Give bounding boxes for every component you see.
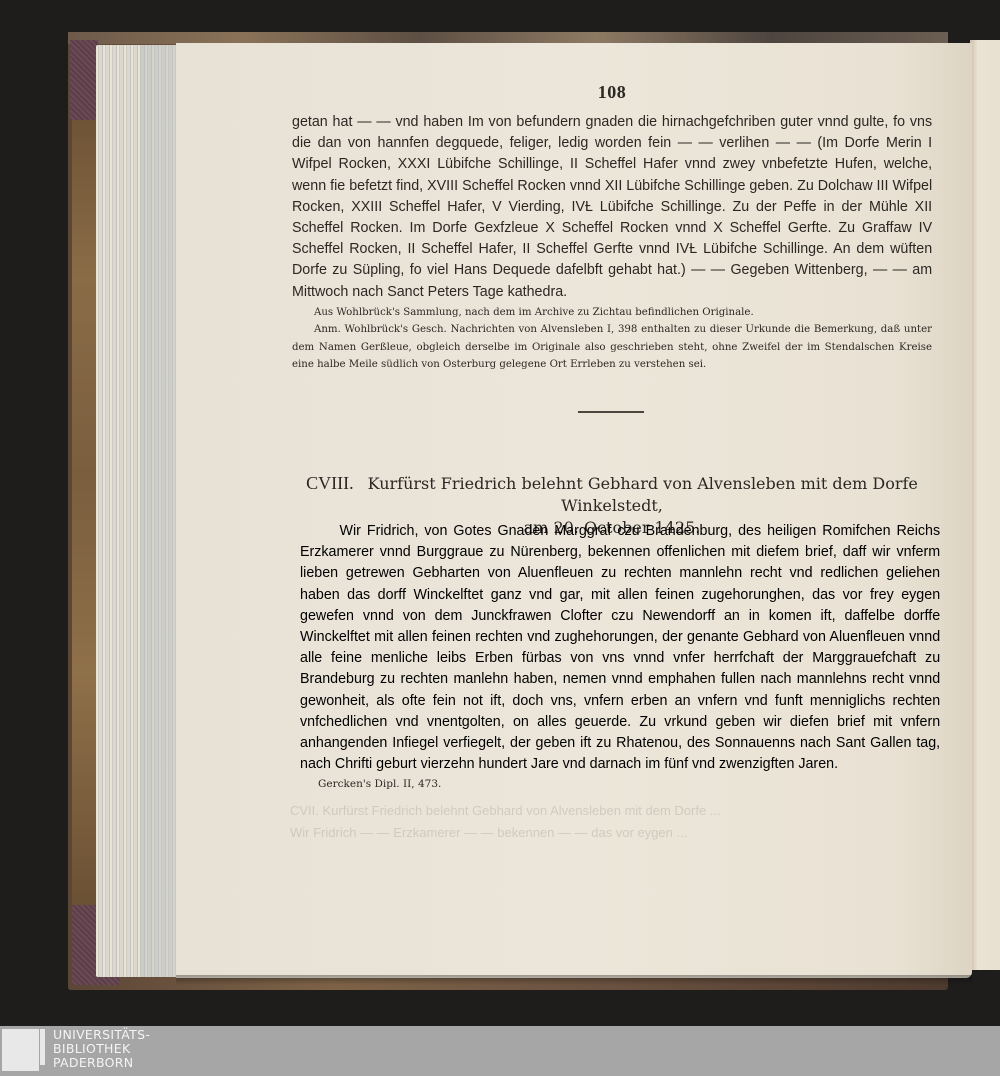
source-note: Aus Wohlbrück's Sammlung, nach dem im Ar…	[292, 304, 932, 322]
source-citation: Gercken's Dipl. II, 473.	[300, 778, 940, 790]
facing-page-edge	[970, 40, 1000, 970]
charter-text: Wir Fridrich, von Gotes Gnaden Marggraf …	[300, 520, 940, 774]
page-shadow	[176, 975, 972, 985]
logo-bar	[40, 1029, 45, 1065]
page-number: 108	[292, 82, 932, 103]
logo-bar	[32, 1029, 39, 1071]
cover-cloth-corner-top	[70, 40, 98, 120]
section-divider	[578, 411, 644, 413]
continuation-paragraph: getan hat — — vnd haben Im von befundern…	[292, 111, 932, 302]
logo-bar	[12, 1029, 22, 1071]
library-logo-text: UNIVERSITÄTS- BIBLIOTHEK PADERBORN	[53, 1028, 150, 1070]
annotation-note: Anm. Wohlbrück's Gesch. Nachrichten von …	[292, 321, 932, 374]
page-content: 108 getan hat — — vnd haben Im von befun…	[292, 82, 932, 374]
library-footer: UNIVERSITÄTS- BIBLIOTHEK PADERBORN	[0, 1026, 1000, 1076]
section-body: Wir Fridrich, von Gotes Gnaden Marggraf …	[300, 520, 940, 790]
bleed-through-text: CVII. Kurfürst Friedrich belehnt Gebhard…	[290, 800, 930, 844]
logo-bar	[2, 1029, 12, 1071]
logo-bar	[22, 1029, 32, 1071]
section-title: Kurfürst Friedrich belehnt Gebhard von A…	[368, 474, 918, 515]
section-number: CVIII.	[306, 473, 354, 493]
notes: Aus Wohlbrück's Sammlung, nach dem im Ar…	[292, 304, 932, 374]
